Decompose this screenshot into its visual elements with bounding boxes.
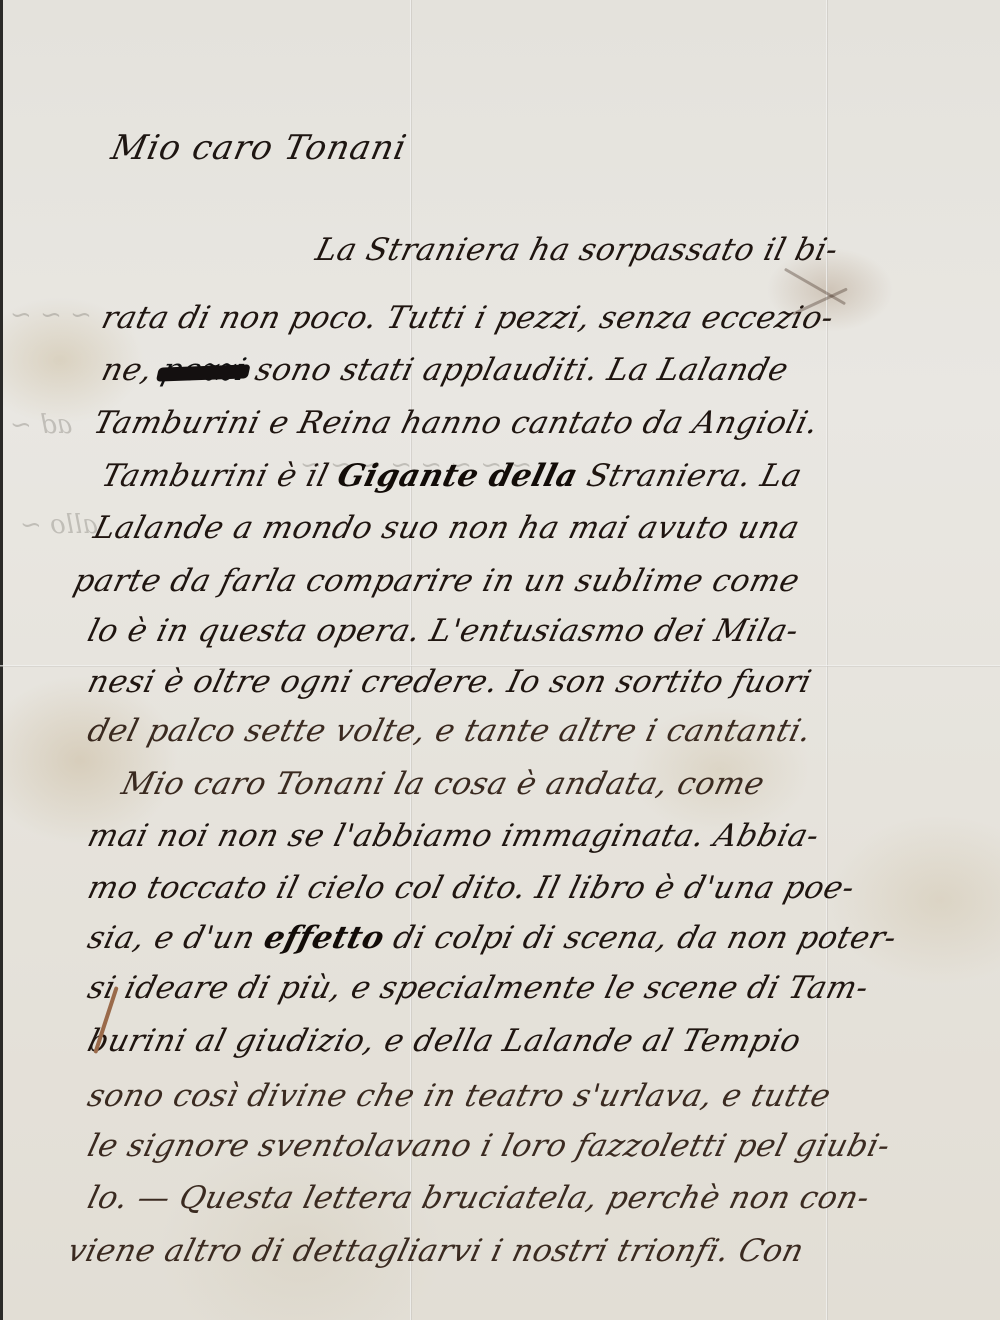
letter-line: si ideare di più, e specialmente le scen… (84, 970, 872, 1006)
text-segment: sia, e d'un (84, 920, 269, 956)
letter-page: ~ ~ ~ ad ~ allo ~ ~ ~ ~ ~ ~ ~ ~ ~ Mio ca… (0, 0, 1000, 1320)
letter-line: lo è in questa opera. L'entusiasmo dei M… (84, 613, 803, 649)
letter-line: parte da farla comparire in un sublime c… (70, 563, 803, 599)
letter-line: viene altro di dettagliarvi i nostri tri… (64, 1233, 808, 1269)
letter-line: Tamburini e Reina hanno cantato da Angio… (90, 405, 822, 441)
heavy-ink-text: Gigante della (334, 458, 582, 494)
letter-line: rata di non poco. Tutti i pezzi, senza e… (98, 300, 838, 336)
letter-line: mo toccato il cielo col dito. Il libro è… (84, 870, 858, 906)
letter-line: del palco sette volte, e tante altre i c… (84, 713, 815, 749)
letter-line: sono così divine che in teatro s'urlava,… (84, 1078, 835, 1114)
letter-line: le signore sventolavano i loro fazzolett… (84, 1128, 894, 1164)
text-segment: Straniera. La (573, 458, 806, 494)
letter-line: burini al giudizio, e della Lalande al T… (84, 1023, 805, 1059)
struck-through-word: pezzi (158, 352, 250, 388)
letter-line: Mio caro Tonani la cosa è andata, come (118, 766, 768, 802)
letter-line: Lalande a mondo suo non ha mai avuto una (90, 510, 803, 546)
text-segment: di colpi di scena, da non poter- (379, 920, 900, 956)
text-segment: ne, (98, 352, 167, 388)
letter-line: mai noi non se l'abbiamo immaginata. Abb… (84, 818, 823, 854)
heavy-ink-text: effetto (260, 920, 388, 956)
letter-line: ne, pezzi sono stati applauditi. La Lala… (98, 352, 792, 388)
letter-line: La Straniera ha sorpassato il bi- (312, 232, 842, 268)
letter-line: nesi è oltre ogni credere. Io son sortit… (84, 664, 815, 700)
text-segment: Tamburini è il (98, 458, 343, 494)
letter-line: sia, e d'un effetto di colpi di scena, d… (84, 920, 900, 956)
letter-line: lo. — Questa lettera bruciatela, perchè … (84, 1180, 873, 1216)
letter-body: La Straniera ha sorpassato il bi- rata d… (0, 0, 1000, 1320)
text-segment: sono stati applauditi. La Lalande (241, 352, 792, 388)
letter-line: Tamburini è il Gigante della Straniera. … (98, 458, 806, 494)
